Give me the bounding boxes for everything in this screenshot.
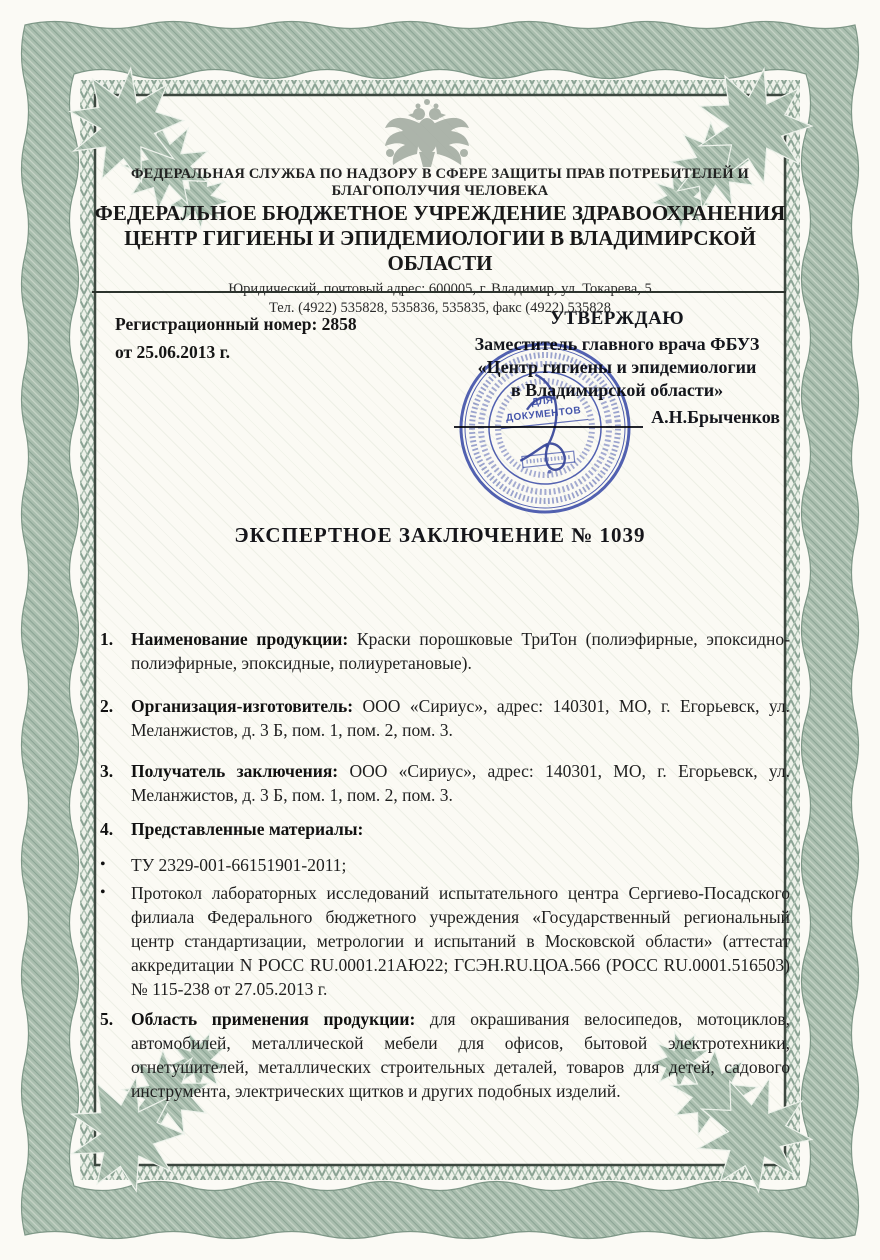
round-stamp-icon: ДЛЯ ДОКУМЕНТОВ [455,338,635,518]
item-5: 5. Область применения продукции: для окр… [100,1007,790,1103]
item-2-number: 2. [100,694,131,742]
registration-number: Регистрационный номер: 2858 [115,310,357,338]
bullet-item-2: • Протокол лабораторных исследований исп… [100,881,790,1001]
document-content: ФЕДЕРАЛЬНАЯ СЛУЖБА ПО НАДЗОРУ В СФЕРЕ ЗА… [0,0,880,1260]
item-2: 2. Организация-изготовитель: ООО «Сириус… [100,694,790,742]
item-3-label: Получатель заключения: [131,761,338,781]
org-name-line2: ЦЕНТР ГИГИЕНЫ И ЭПИДЕМИОЛОГИИ В ВЛАДИМИР… [80,226,800,276]
item-4-text: Представленные материалы: [131,817,790,841]
item-5-text: Область применения продукции: для окраши… [131,1007,790,1103]
bullet-1-glyph: • [100,853,131,877]
document-title: ЭКСПЕРТНОЕ ЗАКЛЮЧЕНИЕ № 1039 [80,523,800,548]
bullet-2-text: Протокол лабораторных исследований испыт… [131,881,790,1001]
item-2-label: Организация-изготовитель: [131,696,353,716]
item-1-text: Наименование продукции: Краски порошковы… [131,627,790,675]
signer-name: А.Н.Брыченков [651,407,780,428]
bullet-2-glyph: • [100,881,131,1001]
header-divider [92,291,786,293]
item-4-number: 4. [100,817,131,841]
org-name-line1: ФЕДЕРАЛЬНОЕ БЮДЖЕТНОЕ УЧРЕЖДЕНИЕ ЗДРАВОО… [80,201,800,226]
item-4: 4. Представленные материалы: [100,817,790,841]
item-5-number: 5. [100,1007,131,1103]
item-3-text: Получатель заключения: ООО «Сириус», адр… [131,759,790,807]
registration-date: от 25.06.2013 г. [115,338,357,366]
certificate-page: ФЕДЕРАЛЬНАЯ СЛУЖБА ПО НАДЗОРУ В СФЕРЕ ЗА… [0,0,880,1260]
item-5-label: Область применения продукции: [131,1009,415,1029]
item-3: 3. Получатель заключения: ООО «Сириус», … [100,759,790,807]
item-1-label: Наименование продукции: [131,629,348,649]
registration-block: Регистрационный номер: 2858 от 25.06.201… [115,310,357,366]
item-1: 1. Наименование продукции: Краски порошк… [100,627,790,675]
bullet-1-text: ТУ 2329-001-66151901-2011; [131,853,790,877]
item-3-number: 3. [100,759,131,807]
item-4-label: Представленные материалы: [131,819,363,839]
organization-header: ФЕДЕРАЛЬНОЕ БЮДЖЕТНОЕ УЧРЕЖДЕНИЕ ЗДРАВОО… [80,201,800,317]
org-address: Юридический, почтовый адрес: 600005, г. … [80,280,800,299]
approve-label: УТВЕРЖДАЮ [448,308,786,330]
bullet-item-1: • ТУ 2329-001-66151901-2011; [100,853,790,877]
federal-service-line: ФЕДЕРАЛЬНАЯ СЛУЖБА ПО НАДЗОРУ В СФЕРЕ ЗА… [84,166,796,200]
item-2-text: Организация-изготовитель: ООО «Сириус», … [131,694,790,742]
item-1-number: 1. [100,627,131,675]
